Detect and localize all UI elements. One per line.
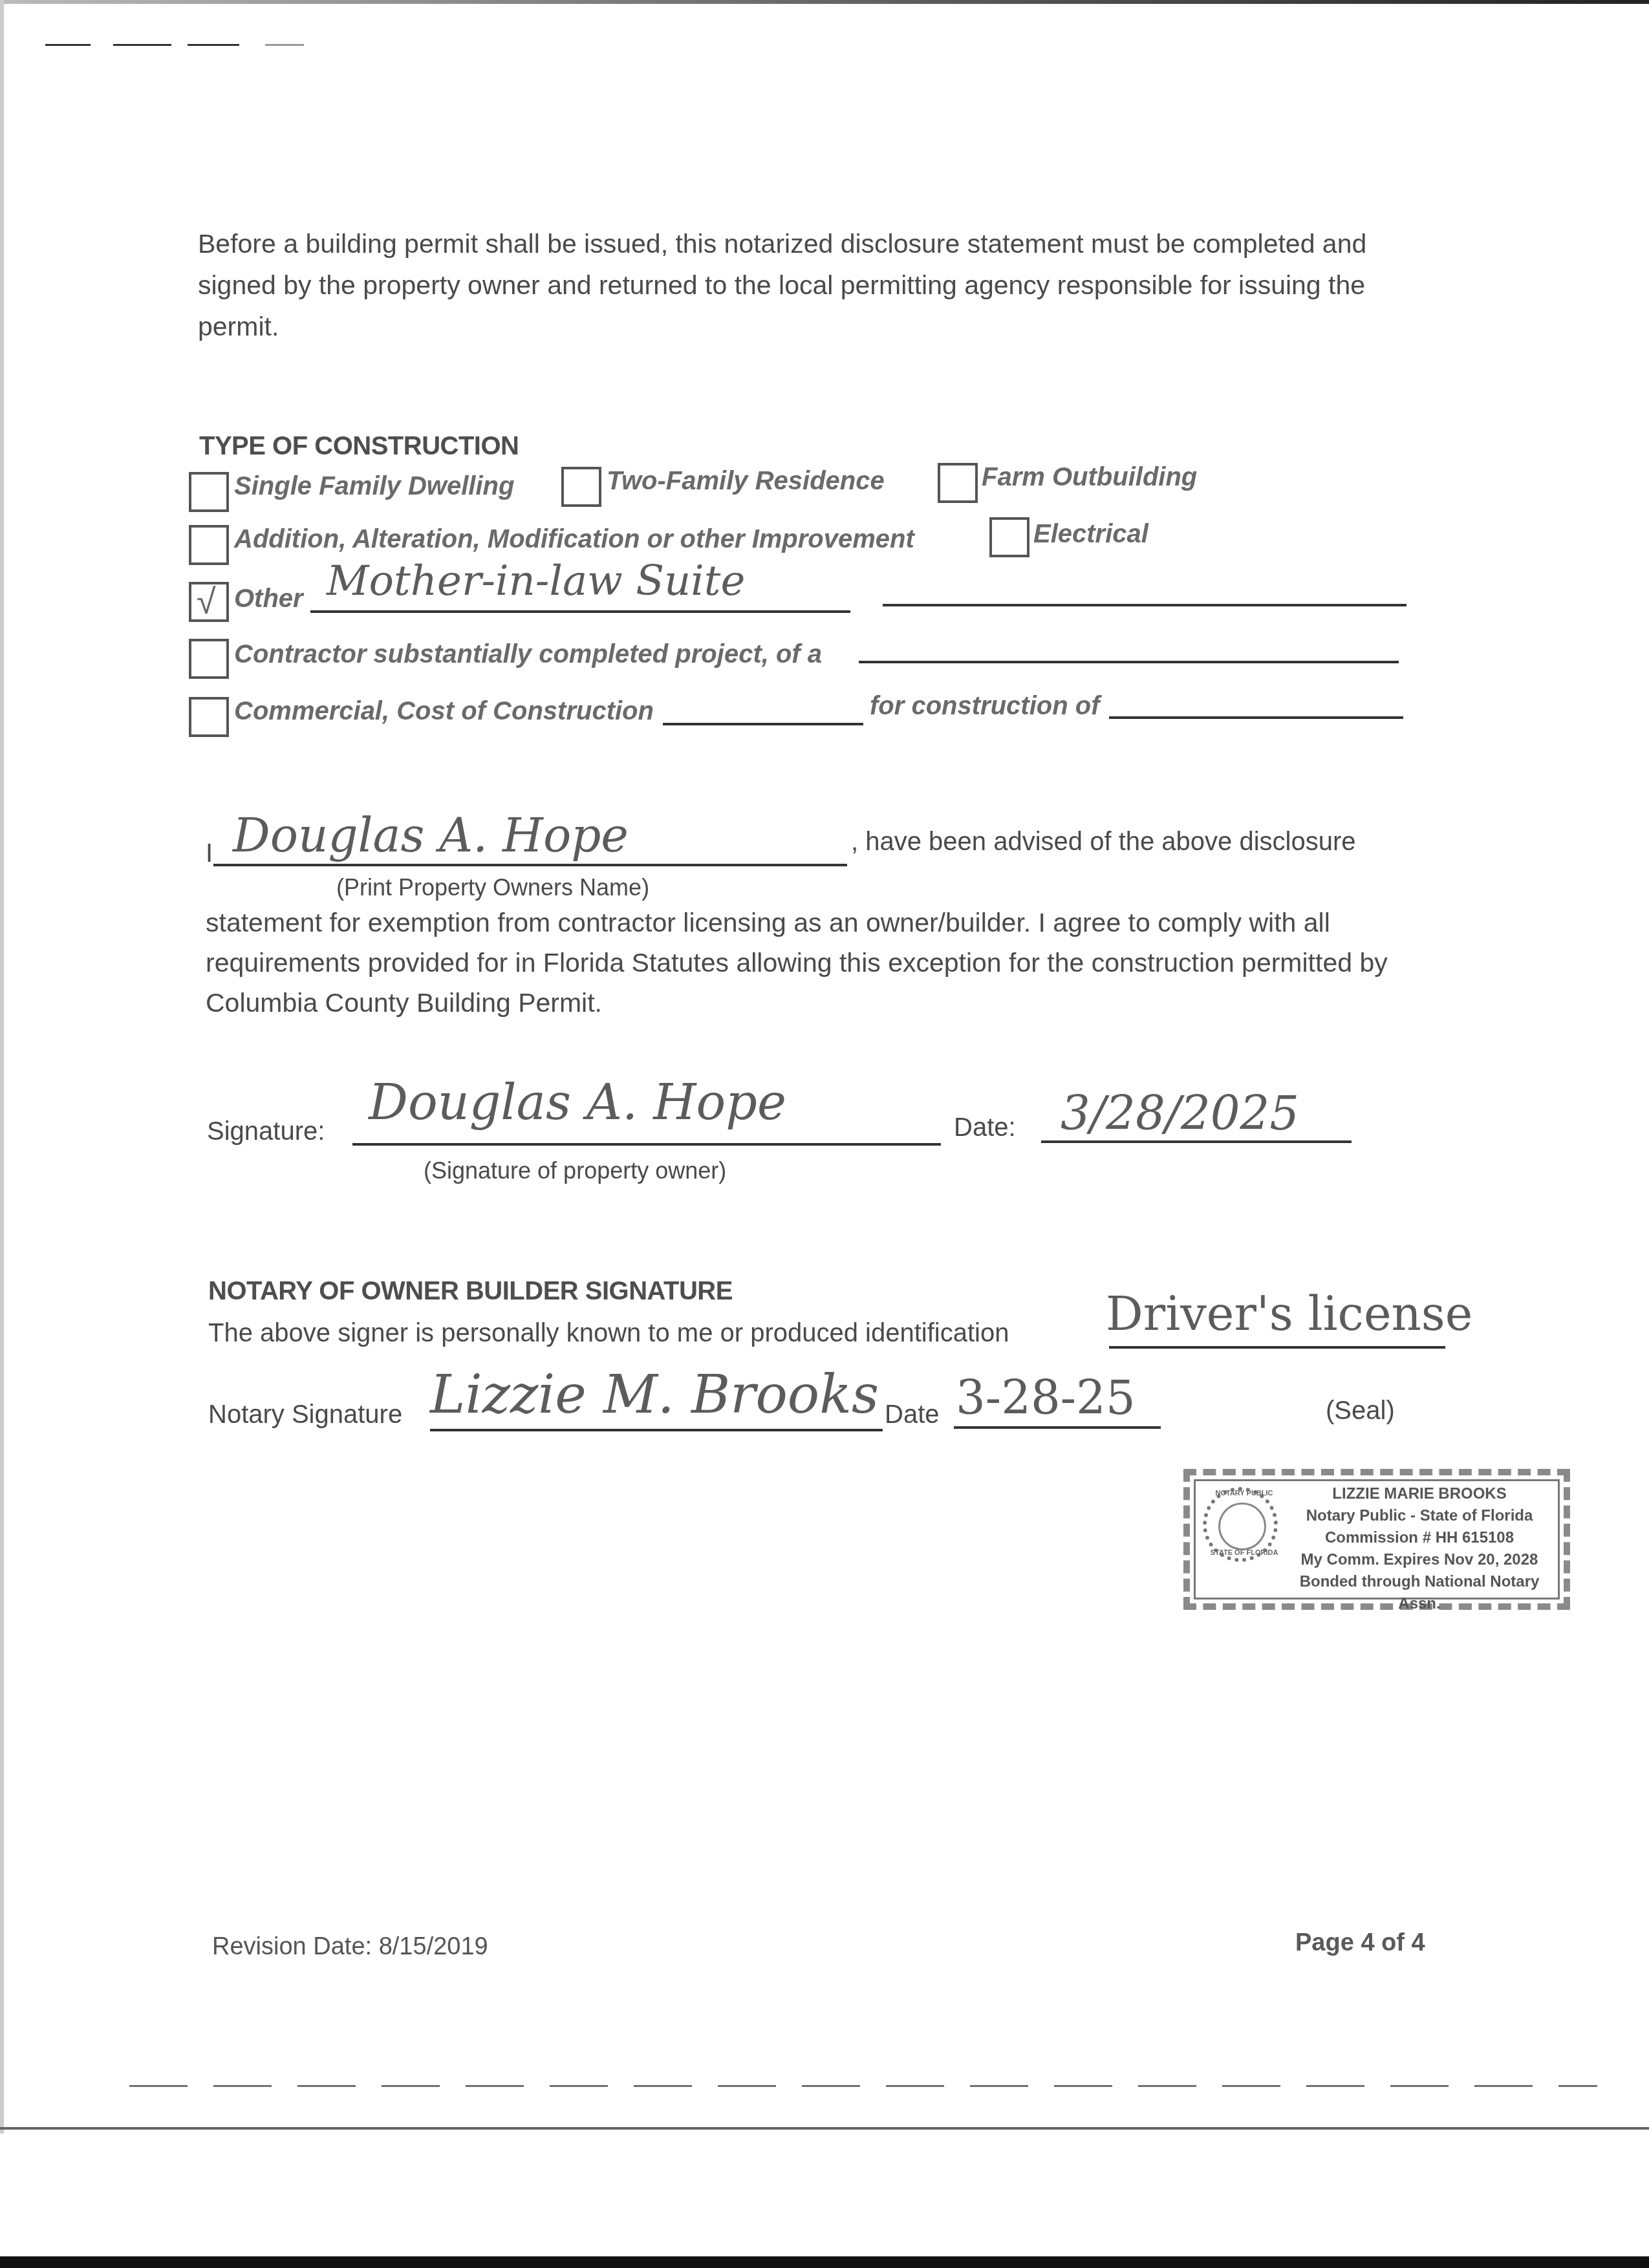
notary-signature-label: Notary Signature bbox=[208, 1400, 402, 1429]
seal-bottom-text: STATE OF FLORIDA bbox=[1207, 1549, 1282, 1557]
notary-signature-handwritten[interactable]: Lizzie M. Brooks bbox=[430, 1364, 879, 1426]
owner-name-handwritten[interactable]: Douglas A. Hope bbox=[233, 808, 629, 862]
owner-prefix-i: I bbox=[206, 839, 213, 868]
owner-statement-body: statement for exemption from contractor … bbox=[206, 903, 1434, 1023]
notary-date-label: Date bbox=[885, 1400, 940, 1429]
other-line-extension bbox=[883, 604, 1406, 606]
scan-top-edge bbox=[0, 0, 1649, 4]
option-addition-label: Addition, Alteration, Modification or ot… bbox=[234, 525, 914, 554]
stamp-text: LIZZIE MARIE BROOKS Notary Public - Stat… bbox=[1280, 1483, 1558, 1615]
page-fold-edge bbox=[0, 2127, 1649, 2130]
option-single-family-label: Single Family Dwelling bbox=[234, 472, 514, 501]
option-electrical-label: Electrical bbox=[1033, 520, 1148, 549]
type-of-construction-heading: TYPE OF CONSTRUCTION bbox=[199, 432, 519, 461]
seal-top-text: NOTARY PUBLIC bbox=[1207, 1490, 1282, 1497]
revision-date: Revision Date: 8/15/2019 bbox=[212, 1933, 488, 1961]
notary-heading: NOTARY OF OWNER BUILDER SIGNATURE bbox=[208, 1277, 733, 1306]
page-number: Page 4 of 4 bbox=[1295, 1929, 1425, 1957]
notary-stamp: NOTARY PUBLIC STATE OF FLORIDA LIZZIE MA… bbox=[1183, 1469, 1570, 1610]
notary-seal-emblem-icon: NOTARY PUBLIC STATE OF FLORIDA bbox=[1203, 1487, 1278, 1562]
owner-date-label: Date: bbox=[954, 1113, 1016, 1142]
owner-statement-after-name: , have been advised of the above disclos… bbox=[851, 828, 1356, 857]
owner-date-line bbox=[1041, 1140, 1352, 1143]
cost-of-construction-line[interactable] bbox=[663, 723, 863, 725]
notary-date-handwritten[interactable]: 3-28-25 bbox=[956, 1371, 1136, 1425]
contractor-project-line[interactable] bbox=[859, 661, 1399, 663]
owner-signature-caption: (Signature of property owner) bbox=[424, 1157, 726, 1184]
intro-paragraph: Before a building permit shall be issued… bbox=[198, 223, 1427, 347]
scan-left-edge bbox=[0, 0, 4, 2134]
checkbox-single-family[interactable] bbox=[189, 472, 229, 512]
checkbox-other[interactable] bbox=[189, 582, 229, 622]
bottom-dash-marks bbox=[129, 2085, 1597, 2087]
seal-label: (Seal) bbox=[1326, 1396, 1395, 1426]
identification-line bbox=[1109, 1346, 1445, 1349]
checkbox-addition-alteration[interactable] bbox=[189, 525, 229, 565]
checkbox-contractor-completed[interactable] bbox=[189, 639, 229, 679]
identification-value-handwritten[interactable]: Driver's license bbox=[1106, 1287, 1472, 1341]
other-line bbox=[310, 610, 850, 613]
option-commercial-label: Commercial, Cost of Construction bbox=[234, 697, 654, 726]
checkbox-commercial[interactable] bbox=[189, 697, 229, 737]
stamp-line-expires: My Comm. Expires Nov 20, 2028 bbox=[1280, 1549, 1558, 1571]
checkbox-farm-outbuilding[interactable] bbox=[938, 463, 978, 503]
scan-bottom-edge bbox=[0, 2256, 1649, 2268]
option-farm-outbuilding-label: Farm Outbuilding bbox=[982, 463, 1197, 492]
checkbox-electrical[interactable] bbox=[989, 517, 1029, 557]
owner-signature-label: Signature: bbox=[207, 1117, 325, 1146]
top-dash-marks bbox=[45, 44, 317, 46]
owner-name-line bbox=[213, 864, 847, 866]
identification-label: The above signer is personally known to … bbox=[208, 1319, 1009, 1348]
owner-signature-line bbox=[352, 1143, 941, 1146]
other-value-handwritten[interactable]: Mother-in-law Suite bbox=[327, 557, 745, 605]
for-construction-of-label: for construction of bbox=[870, 692, 1100, 721]
owner-name-caption: (Print Property Owners Name) bbox=[336, 874, 649, 901]
owner-date-handwritten[interactable]: 3/28/2025 bbox=[1061, 1086, 1299, 1140]
stamp-line-bonded: Bonded through National Notary Assn. bbox=[1280, 1571, 1558, 1615]
stamp-line-title: Notary Public - State of Florida bbox=[1280, 1505, 1558, 1527]
notary-signature-line bbox=[430, 1429, 883, 1431]
for-construction-of-line[interactable] bbox=[1109, 716, 1403, 719]
option-two-family-label: Two-Family Residence bbox=[607, 467, 885, 496]
notary-date-line bbox=[954, 1426, 1161, 1429]
option-contractor-label: Contractor substantially completed proje… bbox=[234, 640, 822, 669]
option-other-label: Other bbox=[234, 584, 303, 614]
stamp-line-name: LIZZIE MARIE BROOKS bbox=[1280, 1483, 1558, 1505]
owner-signature-handwritten[interactable]: Douglas A. Hope bbox=[369, 1073, 786, 1131]
stamp-line-commission: Commission # HH 615108 bbox=[1280, 1527, 1558, 1549]
checkbox-two-family[interactable] bbox=[561, 467, 601, 507]
